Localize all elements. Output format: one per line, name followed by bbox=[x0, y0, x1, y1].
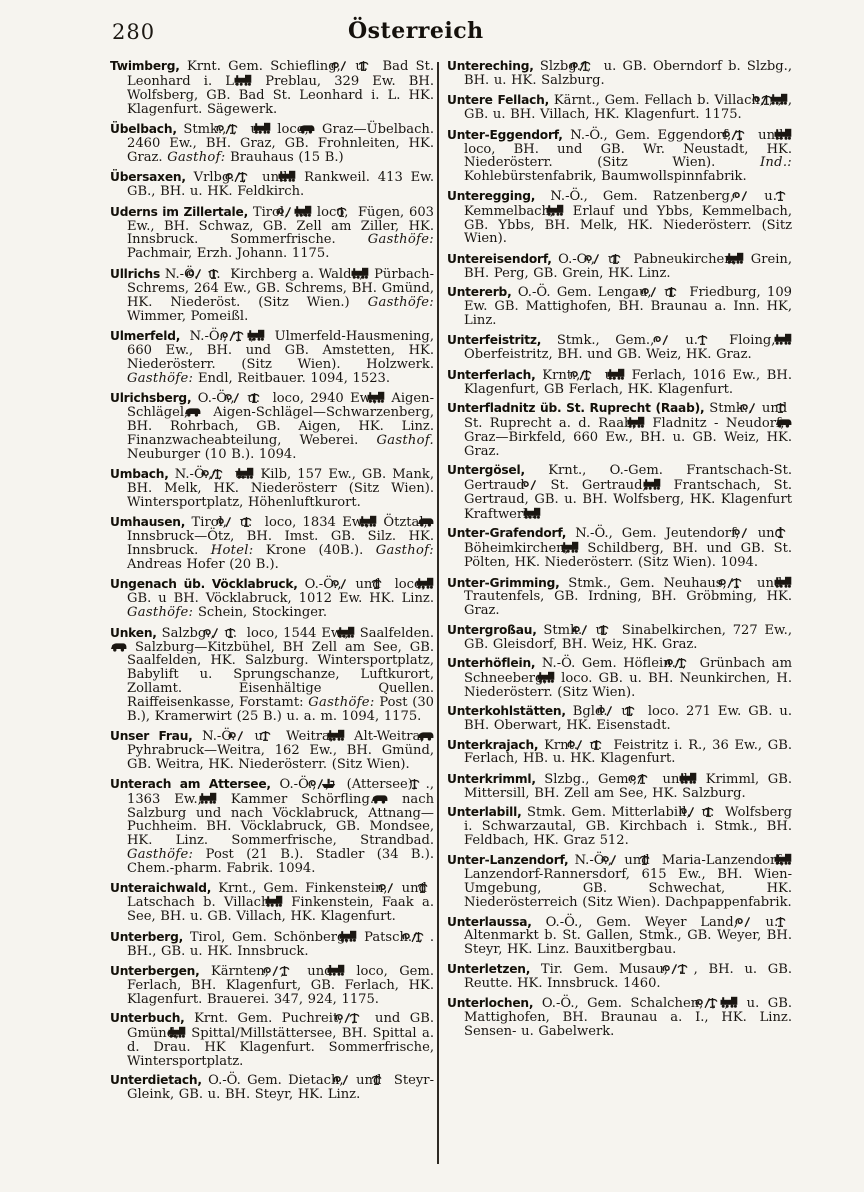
entry-headword: Twimberg, bbox=[110, 59, 180, 73]
directory-entry: Umbach, N.-Ö., , u. Kilb, 157 Ew., GB. M… bbox=[110, 467, 434, 510]
italic-label: Gasthöfe: bbox=[368, 295, 434, 310]
italic-label: Gasthöfe: bbox=[127, 371, 193, 386]
entry-headword: Unterletzen, bbox=[447, 962, 530, 976]
entry-headword: Umbach, bbox=[110, 467, 169, 481]
entry-headword: Uderns im Zillertale, bbox=[110, 205, 248, 219]
right-column: Untereching, Slzbg. , u. GB. Oberndorf b… bbox=[447, 60, 792, 1108]
directory-entry: Unter-Lanzendorf, N.-Ö., und Maria-Lanze… bbox=[447, 853, 792, 910]
railway-icon bbox=[644, 416, 645, 428]
entry-headword: Unterferlach, bbox=[447, 368, 536, 382]
entry-headword: Unter-Lanzendorf, bbox=[447, 853, 568, 867]
directory-entry: Übersaxen, Vrlbg. , und Rankweil. 413 Ew… bbox=[110, 170, 434, 199]
railway-icon bbox=[554, 671, 555, 683]
scanned-directory-page: 280 Österreich Twimberg, Krnt. Gem. Schi… bbox=[0, 0, 864, 1192]
directory-entry: Unterdietach, O.-Ö. Gem. Dietach, und St… bbox=[110, 1074, 434, 1102]
italic-label: Gasthöfe: bbox=[127, 605, 193, 620]
directory-entry: Untergroßau, Stmk. u. Sinabelkirchen, 72… bbox=[447, 624, 792, 652]
entry-headword: Unken, bbox=[110, 626, 157, 640]
entry-headword: Unterfladnitz üb. St. Ruprecht (Raab), bbox=[447, 401, 704, 415]
railway-icon bbox=[696, 772, 697, 784]
directory-entry: Unterach am Attersee, O.-Ö., , (Attersee… bbox=[110, 778, 434, 876]
railway-icon bbox=[270, 122, 271, 134]
directory-entry: Unterlabill, Stmk. Gem. Mitterlabill, u.… bbox=[447, 806, 792, 848]
railway-icon bbox=[295, 170, 296, 182]
italic-label: Gasthof: bbox=[376, 543, 434, 558]
directory-entry: Unterlaussa, O.-Ö., Gem. Weyer Land, u. … bbox=[447, 916, 792, 958]
entry-headword: Untergösel, bbox=[447, 463, 525, 477]
directory-entry: Unterfeistritz, Stmk., Gem., u. Floing, … bbox=[447, 333, 792, 362]
directory-entry: Ullrichs N.-Ö. u. Kirchberg a. Walde, Pü… bbox=[110, 267, 434, 324]
entry-headword: Unterkohlstätten, bbox=[447, 704, 566, 718]
directory-entry: Twimberg, Krnt. Gem. Schiefling, u. Bad … bbox=[110, 60, 434, 117]
entry-headword: Unser Frau, bbox=[110, 729, 193, 743]
directory-entry: Unterkohlstätten, Bgld. u. loco. 271 Ew.… bbox=[447, 705, 792, 733]
railway-icon bbox=[624, 368, 625, 380]
entry-headword: Unterbuch, bbox=[110, 1011, 185, 1025]
directory-entry: Unter-Grafendorf, N.-Ö., Gem. Jeutendorf… bbox=[447, 527, 792, 570]
railway-icon bbox=[791, 128, 792, 140]
entry-headword: Umhausen, bbox=[110, 515, 185, 529]
railway-icon bbox=[344, 964, 345, 976]
entry-headword: Unterlaussa, bbox=[447, 915, 532, 929]
railway-icon bbox=[368, 267, 369, 279]
directory-entry: Unterhöflein, N.-Ö. Gem. Höflein. , Grün… bbox=[447, 657, 792, 700]
railway-icon bbox=[354, 626, 355, 638]
entry-headword: Untergroßau, bbox=[447, 623, 537, 637]
entry-headword: Unter-Grafendorf, bbox=[447, 526, 566, 540]
page-number: 280 bbox=[112, 20, 155, 44]
directory-entry: Unterkrimml, Slzbg., Gem., und Krimml, G… bbox=[447, 772, 792, 801]
directory-entry: Umhausen, Tirol, u. loco, 1834 Ew., Ötzt… bbox=[110, 515, 434, 572]
page-title: Österreich bbox=[348, 18, 484, 44]
railway-icon bbox=[282, 895, 283, 907]
railway-icon bbox=[344, 729, 345, 741]
railway-icon bbox=[216, 792, 217, 804]
entry-headword: Unteregging, bbox=[447, 189, 535, 203]
directory-entry: Uderns im Zillertale, Tirol, u loco, Füg… bbox=[110, 205, 434, 262]
entry-headword: Unter-Grimming, bbox=[447, 576, 560, 590]
italic-label: Hotel: bbox=[211, 543, 254, 558]
italic-label: Gasthöfe: bbox=[127, 847, 193, 862]
entry-headword: Untereisendorf, bbox=[447, 252, 552, 266]
directory-entry: Unteregging, N.-Ö., Gem. Ratzenberg, u. … bbox=[447, 190, 792, 247]
directory-entry: Übelbach, Stmk., , u. loco, Graz—Übelbac… bbox=[110, 122, 434, 165]
railway-icon bbox=[787, 93, 788, 105]
railway-icon bbox=[376, 515, 377, 527]
italic-label: Gasthöfe: bbox=[368, 232, 434, 247]
directory-entry: Untereching, Slzbg. , u. GB. Oberndorf b… bbox=[447, 60, 792, 88]
directory-entry: Unterkrajach, Krnt. u. Feistritz i. R., … bbox=[447, 739, 792, 767]
railway-icon bbox=[578, 541, 579, 553]
entry-headword: Unterdietach, bbox=[110, 1073, 202, 1087]
entry-headword: Unterbergen, bbox=[110, 964, 200, 978]
entry-headword: Unter-Eggendorf, bbox=[447, 128, 563, 142]
railway-icon bbox=[253, 467, 254, 479]
directory-entry: Unterberg, Tirol, Gem. Schönberg, Patsch… bbox=[110, 930, 434, 959]
entry-headword: Ulrichsberg, bbox=[110, 391, 191, 405]
directory-entry: Unser Frau, N.-Ö. u. Weitra, Alt-Weitra,… bbox=[110, 729, 434, 772]
railway-icon bbox=[540, 507, 541, 519]
railway-icon bbox=[384, 391, 385, 403]
directory-entry: Ungenach üb. Vöcklabruck, O.-Ö., und loc… bbox=[110, 577, 434, 620]
railway-icon bbox=[185, 1026, 186, 1038]
entry-headword: Unterfeistritz, bbox=[447, 333, 541, 347]
railway-icon bbox=[743, 252, 744, 264]
directory-entry: Ulmerfeld, N.-Ö., , , Ulmerfeld-Hausmeni… bbox=[110, 329, 434, 386]
entry-headword: Unterach am Attersee, bbox=[110, 777, 271, 791]
entry-headword: Unterberg, bbox=[110, 930, 183, 944]
directory-entry: Untereisendorf, O.-O., u. Pabneukirchen,… bbox=[447, 252, 792, 281]
directory-entry: Unterbergen, Kärnten, , und loco, Gem. F… bbox=[110, 964, 434, 1007]
italic-label: Gasthof: bbox=[167, 150, 225, 165]
entry-headword: Unterlochen, bbox=[447, 996, 533, 1010]
entry-headword: Unterlabill, bbox=[447, 805, 522, 819]
directory-entry: Untererb, O.-Ö. Gem. Lengau, u. Friedbur… bbox=[447, 286, 792, 328]
directory-entry: Untere Fellach, Kärnt., Gem. Fellach b. … bbox=[447, 93, 792, 122]
entry-headword: Ullrichs bbox=[110, 267, 160, 281]
italic-label: Gasthöfe: bbox=[308, 695, 374, 710]
directory-entry: Unter-Grimming, Stmk., Gem. Neuhaus, , u… bbox=[447, 576, 792, 619]
railway-icon bbox=[791, 576, 792, 588]
railway-icon bbox=[433, 577, 434, 589]
text-columns: Twimberg, Krnt. Gem. Schiefling, u. Bad … bbox=[110, 60, 792, 1108]
railway-icon bbox=[791, 853, 792, 865]
directory-entry: Unterferlach, Krnt., , u. Ferlach, 1016 … bbox=[447, 368, 792, 397]
railway-icon bbox=[356, 930, 357, 942]
entry-headword: Unterkrajach, bbox=[447, 738, 538, 752]
italic-label: Ind.: bbox=[760, 155, 792, 170]
left-column: Twimberg, Krnt. Gem. Schiefling, u. Bad … bbox=[110, 60, 434, 1108]
directory-entry: Unterletzen, Tir. Gem. Musau, . , BH. u.… bbox=[447, 963, 792, 991]
railway-icon bbox=[264, 329, 265, 341]
directory-entry: Ulrichsberg, O.-Ö., u. loco, 2940 Ew., A… bbox=[110, 391, 434, 462]
railway-icon bbox=[311, 205, 312, 217]
entry-headword: Übersaxen, bbox=[110, 170, 186, 184]
page-header: 280 Österreich bbox=[0, 16, 864, 52]
directory-entry: Unter-Eggendorf, N.-Ö., Gem. Eggendorf, … bbox=[447, 128, 792, 185]
entry-headword: Übelbach, bbox=[110, 122, 177, 136]
entry-headword: Untererb, bbox=[447, 285, 512, 299]
entry-headword: Unterkrimml, bbox=[447, 772, 536, 786]
directory-entry: Unken, Salzbg., u. loco, 1544 Ew., Saalf… bbox=[110, 626, 434, 724]
railway-icon bbox=[563, 204, 564, 216]
directory-entry: Unteraichwald, Krnt., Gem. Finkenstein, … bbox=[110, 882, 434, 925]
directory-entry: Unterbuch, Krnt. Gem. Puchreit, , und GB… bbox=[110, 1012, 434, 1069]
directory-entry: Untergösel, Krnt., O.-Gem. Frantschach-S… bbox=[447, 464, 792, 522]
entry-headword: Untere Fellach, bbox=[447, 93, 549, 107]
railway-icon bbox=[251, 74, 252, 86]
entry-headword: Unterhöflein, bbox=[447, 656, 535, 670]
railway-icon bbox=[660, 478, 661, 490]
entry-headword: Untereching, bbox=[447, 59, 534, 73]
entry-headword: Unteraichwald, bbox=[110, 881, 211, 895]
italic-label: Gasthof. bbox=[376, 433, 434, 448]
entry-headword: Ungenach üb. Vöcklabruck, bbox=[110, 577, 298, 591]
directory-entry: Unterfladnitz üb. St. Ruprecht (Raab), S… bbox=[447, 402, 792, 459]
railway-icon bbox=[791, 333, 792, 345]
directory-entry: Unterlochen, O.-Ö., Gem. Schalchen, , , … bbox=[447, 996, 792, 1039]
entry-headword: Ulmerfeld, bbox=[110, 329, 180, 343]
railway-icon bbox=[737, 996, 738, 1008]
